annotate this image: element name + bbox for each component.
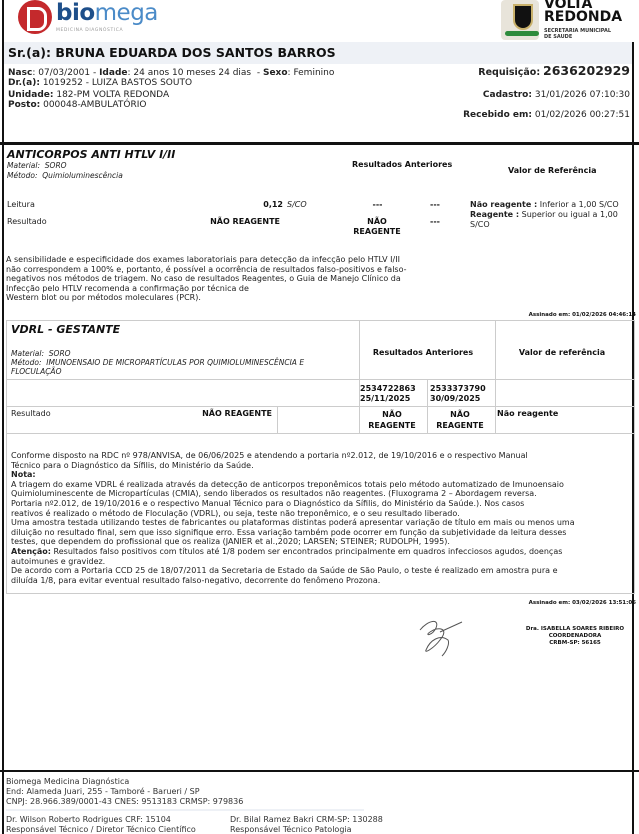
htlv-method: Método: Quimioluminescência <box>7 171 123 180</box>
vdrl-method: Método: IMUNOENSAIO DE MICROPARTÍCULAS P… <box>11 358 304 376</box>
htlv-row-label: Leitura <box>7 200 35 209</box>
footer-separator <box>6 809 364 811</box>
htlv-title: ANTICORPOS ANTI HTLV I/II <box>7 148 175 161</box>
coat-of-arms-icon <box>501 0 539 40</box>
vdrl-previous-1: 253472286325/11/2025 <box>360 384 416 404</box>
vdrl-title: VDRL - GESTANTE <box>11 323 120 336</box>
biomega-wordmark: biomega <box>56 0 158 26</box>
htlv-row-label: Resultado <box>7 217 47 226</box>
registered-date: Cadastro: 31/01/2026 07:10:30 <box>483 90 630 100</box>
footer-divider <box>0 770 639 772</box>
vdrl-material: Material: SORO <box>11 349 71 358</box>
vdrl-signed-date: Assinado em: 03/02/2026 13:51:06 <box>529 600 636 606</box>
vdrl-previous-2-result: NÃOREAGENTE <box>427 409 493 431</box>
patient-unit: Unidade: 182-PM VOLTA REDONDA <box>8 90 169 100</box>
volta-redonda-logo: VOLTAREDONDA SECRETARIA MUNICIPALDE SAUD… <box>497 0 634 42</box>
section-divider <box>0 142 639 145</box>
htlv-reading-value: 0,12 <box>200 200 283 209</box>
htlv-material: Material: SORO <box>7 161 67 170</box>
patient-name: Sr.(a): BRUNA EDUARDA DOS SANTOS BARROS <box>8 45 336 60</box>
htlv-signed-date: Assinado em: 01/02/2026 04:46:14 <box>529 312 636 318</box>
htlv-note: A sensibilidade e especificidade dos exa… <box>6 255 407 303</box>
htlv-result-prev2: --- <box>425 217 445 226</box>
patient-doctor: Dr.(a): 1019252 - LUIZA BASTOS SOUTO <box>8 78 192 88</box>
footer-company: Biomega Medicina Diagnóstica End: Alamed… <box>6 777 243 807</box>
htlv-reading-prev2: --- <box>425 200 445 209</box>
volta-redonda-title: VOLTAREDONDA <box>544 0 622 24</box>
patient-birth-age-sex: Nasc: 07/03/2001 - Idade: 24 anos 10 mes… <box>8 68 334 78</box>
htlv-reference-reactive: Reagente : Superior ou igual a 1,00 S/CO <box>470 210 632 230</box>
patient-post: Posto: 000048-AMBULATÓRIO <box>8 100 146 110</box>
htlv-reading-unit: S/CO <box>287 200 307 209</box>
htlv-reference-header: Valor de Referência <box>508 166 597 175</box>
received-date: Recebido em: 01/02/2026 00:27:51 <box>463 110 630 120</box>
signature-icon <box>410 610 470 660</box>
signatory: Dra. ISABELLA SOARES RIBEIRO COORDENADOR… <box>510 626 639 647</box>
volta-redonda-subtitle: SECRETARIA MUNICIPALDE SAUDE <box>544 28 611 40</box>
ribbon-icon <box>505 31 539 36</box>
vdrl-previous-2: 253337379030/09/2025 <box>430 384 486 404</box>
shield-icon <box>513 4 533 30</box>
htlv-result-prev1: NÃO REAGENTE <box>348 217 406 237</box>
vdrl-result-label: Resultado <box>11 409 51 418</box>
vdrl-previous-1-result: NÃOREAGENTE <box>358 409 426 431</box>
htlv-reference: Não reagente : Inferior a 1,00 S/CO Reag… <box>470 200 632 230</box>
biomega-tagline: MEDICINA DIAGNÓSTICA <box>56 28 123 33</box>
vdrl-previous-header: Resultados Anteriores <box>358 348 488 357</box>
vdrl-reference-header: Valor de referência <box>494 348 630 357</box>
vdrl-notes: Conforme disposto na RDC nº 978/ANVISA, … <box>11 451 631 585</box>
biomega-logo: biomega MEDICINA DIAGNÓSTICA <box>8 0 158 40</box>
vdrl-result-value: NÃO REAGENTE <box>170 409 272 418</box>
request-number: Requisição: 2636202929 <box>478 66 630 78</box>
htlv-reading-prev1: --- <box>360 200 395 209</box>
vdrl-reference-value: Não reagente <box>497 409 558 418</box>
htlv-previous-header: Resultados Anteriores <box>352 160 452 169</box>
biomega-b-icon <box>18 0 52 34</box>
htlv-result-value: NÃO REAGENTE <box>180 217 280 226</box>
htlv-reference-nonreactive: Não reagente : Inferior a 1,00 S/CO <box>470 200 632 210</box>
footer-responsible-2: Dr. Bilal Ramez Bakri CRM-SP: 130288 Res… <box>230 815 383 834</box>
footer-responsible-1: Dr. Wilson Roberto Rodrigues CRF: 15104 … <box>6 815 196 834</box>
